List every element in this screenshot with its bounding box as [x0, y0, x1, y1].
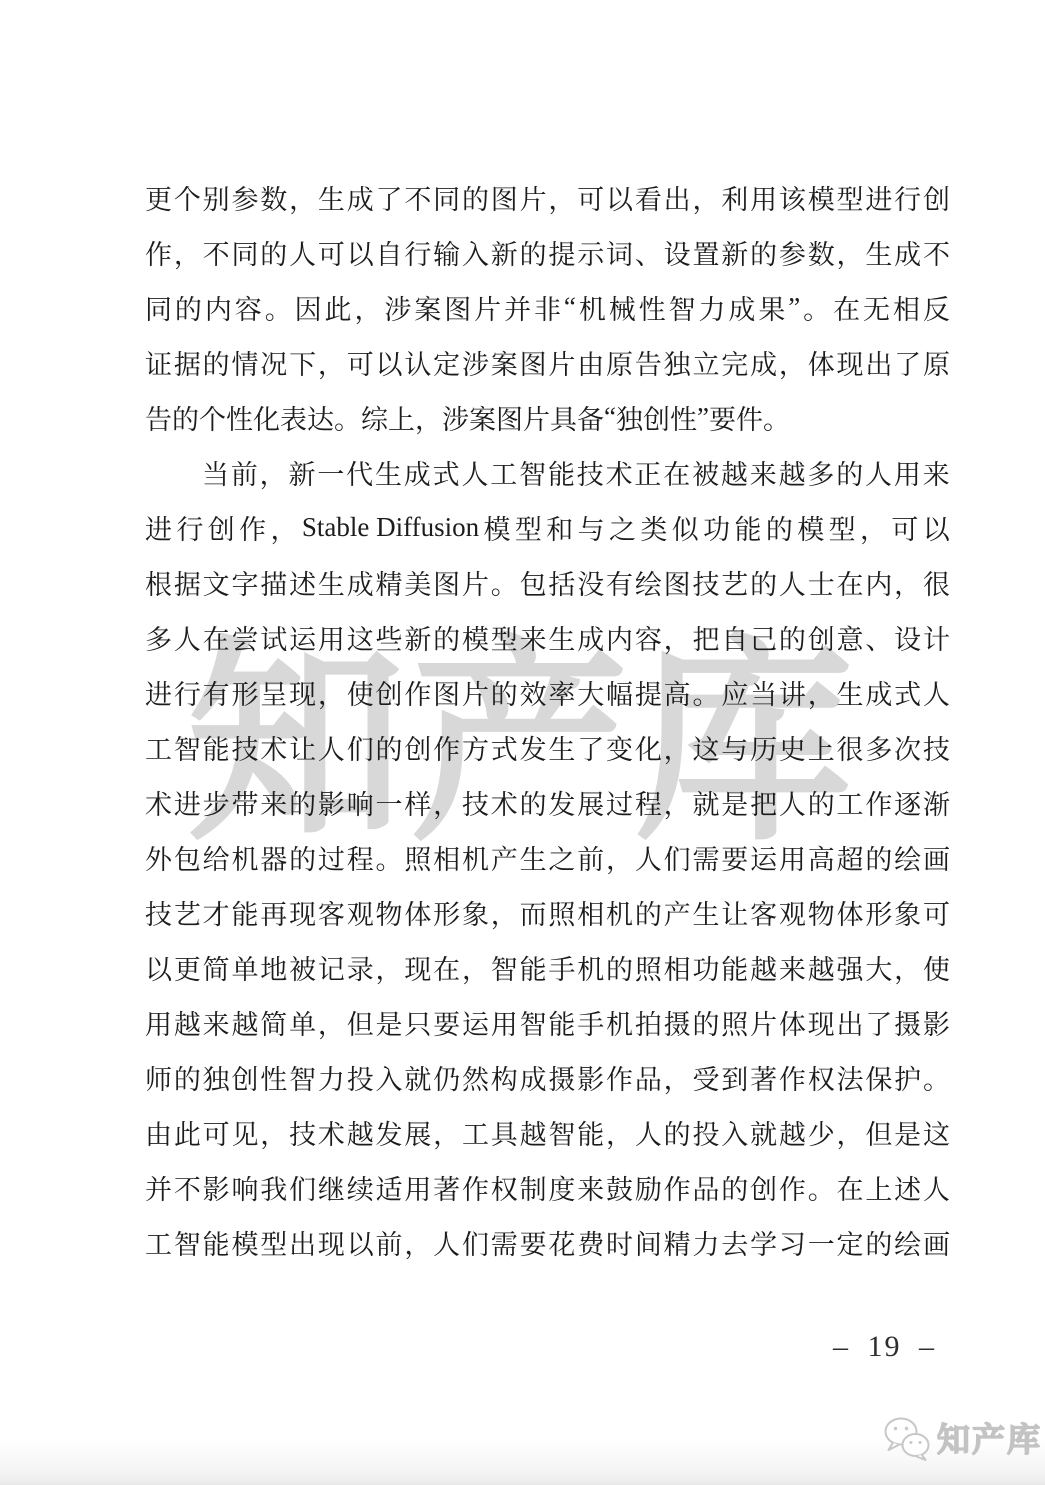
text-line: 告的个性化表达。综上，涉案图片具备“独创性”要件。	[145, 390, 950, 445]
document-body: 更个别参数，生成了不同的图片，可以看出，利用该模型进行创作，不同的人可以自行输入…	[145, 170, 950, 1270]
text-line: 工智能模型出现以前，人们需要花费时间精力去学习一定的绘画	[145, 1215, 950, 1270]
text-line: 根据文字描述生成精美图片。包括没有绘图技艺的人士在内，很	[145, 555, 950, 610]
text-line: 多人在尝试运用这些新的模型来生成内容，把自己的创意、设计	[145, 610, 950, 665]
text-line: 用越来越简单，但是只要运用智能手机拍摄的照片体现出了摄影	[145, 995, 950, 1050]
text-line: 当前，新一代生成式人工智能技术正在被越来越多的人用来	[145, 445, 950, 500]
text-line: 进行有形呈现，使创作图片的效率大幅提高。应当讲，生成式人	[145, 665, 950, 720]
page-number: – 19 –	[833, 1330, 936, 1364]
text-line: 外包给机器的过程。照相机产生之前，人们需要运用高超的绘画	[145, 830, 950, 885]
brand-badge: 知产库	[882, 1414, 1042, 1461]
text-line: 师的独创性智力投入就仍然构成摄影作品，受到著作权法保护。	[145, 1050, 950, 1105]
brand-label: 知产库	[937, 1414, 1042, 1461]
text-line: 技艺才能再现客观物体形象，而照相机的产生让客观物体形象可	[145, 885, 950, 940]
text-line: 作，不同的人可以自行输入新的提示词、设置新的参数，生成不	[145, 225, 950, 280]
text-line: 进行创作，Stable Diffusion模型和与之类似功能的模型，可以	[145, 500, 950, 555]
text-line: 证据的情况下，可以认定涉案图片由原告独立完成，体现出了原	[145, 335, 950, 390]
text-line: 由此可见，技术越发展，工具越智能，人的投入就越少，但是这	[145, 1105, 950, 1160]
document-page: 知产库 更个别参数，生成了不同的图片，可以看出，利用该模型进行创作，不同的人可以…	[0, 0, 1045, 1485]
text-line: 同的内容。因此，涉案图片并非“机械性智力成果”。在无相反	[145, 280, 950, 335]
wechat-bubbles-icon	[882, 1415, 930, 1461]
text-line: 更个别参数，生成了不同的图片，可以看出，利用该模型进行创	[145, 170, 950, 225]
text-line: 工智能技术让人们的创作方式发生了变化，这与历史上很多次技	[145, 720, 950, 775]
text-line: 术进步带来的影响一样，技术的发展过程，就是把人的工作逐渐	[145, 775, 950, 830]
text-line: 并不影响我们继续适用著作权制度来鼓励作品的创作。在上述人	[145, 1160, 950, 1215]
text-line: 以更简单地被记录，现在，智能手机的照相功能越来越强大，使	[145, 940, 950, 995]
